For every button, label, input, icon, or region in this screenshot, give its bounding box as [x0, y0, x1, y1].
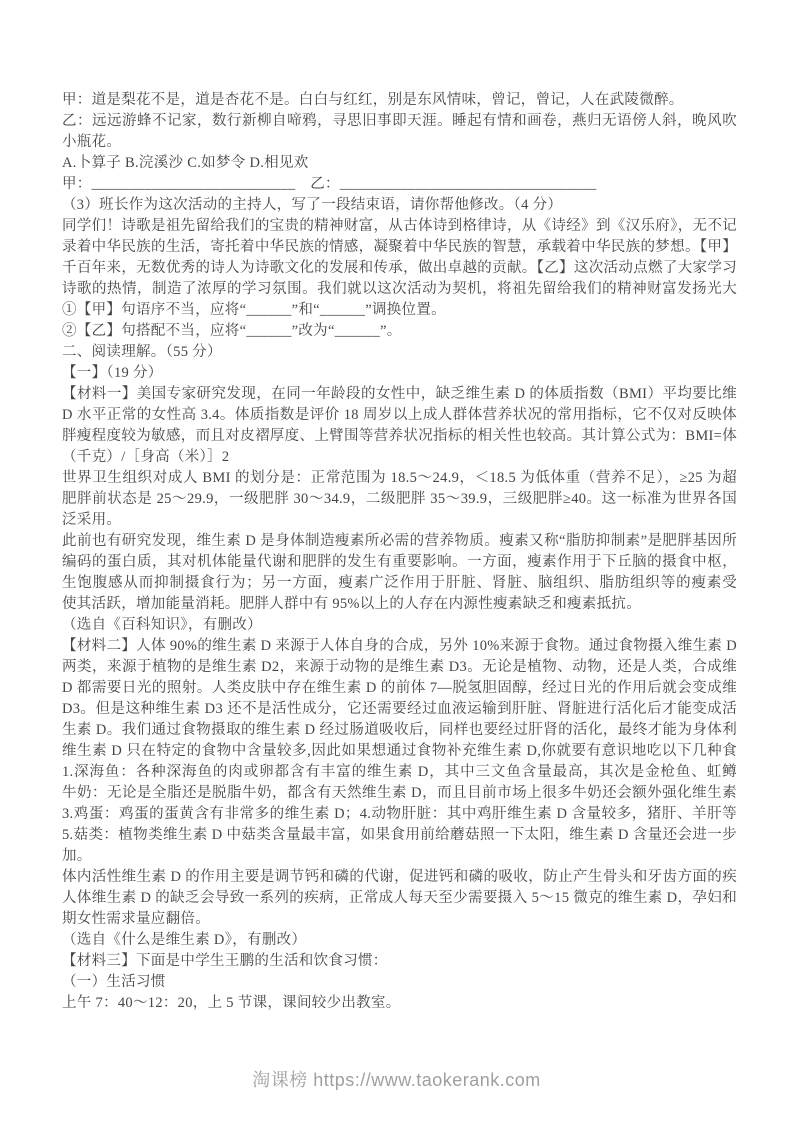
- material-2-source: （选自《什么是维生素 D》，有删改）: [62, 930, 737, 951]
- material-2-line-3: D 都需要日光的照射。人类皮肤中存在维生素 D 的前体 7—脱氢胆固醇，经过日光…: [62, 678, 737, 699]
- material-1-line-9: 编码的蛋白质，其对机体能量代谢和肥胖的发生有重要影响。一方面，瘦素作用于下丘脑的…: [62, 552, 737, 573]
- closing-speech-line-1: 同学们！诗歌是祖先留给我们的宝贵的精神财富，从古体诗到格律诗，从《诗经》到《汉乐…: [62, 216, 737, 237]
- material-1-line-2: D 水平正常的女性高 3.4。体质指数是评价 18 周岁以上成人群体营养状况的常…: [62, 405, 737, 426]
- material-1-line-7: 泛采用。: [62, 510, 737, 531]
- life-habits-line-1: 上午 7：40～12：20，上 5 节课，课间较少出教室。: [62, 993, 737, 1014]
- food-list-line-2: 牛奶：无论是全脂还是脱脂牛奶，都含有天然维生素 D，而且目前市场上很多牛奶还会额…: [62, 783, 737, 804]
- closing-speech-line-2: 录着中华民族的生活，寄托着中华民族的情感，凝聚着中华民族的智慧，承载着中华民族的…: [62, 237, 737, 258]
- material-1-line-5: 世界卫生组织对成人 BMI 的划分是：正常范围为 18.5～24.9，＜18.5…: [62, 468, 737, 489]
- material-1-line-11: 使其活跃，增加能量消耗。肥胖人群中有 95%以上的人存在内源性瘦素缺乏和瘦素抵抗…: [62, 594, 737, 615]
- material-2-line-4: D3。但是这种维生素 D3 还不是活性成分，它还需要经过血液运输到肝脏、肾脏进行…: [62, 699, 737, 720]
- material-1-line-8: 此前也有研究发现，维生素 D 是身体制造瘦素所必需的营养物质。瘦素又称“脂肪抑制…: [62, 531, 737, 552]
- material-2-line-6: 维生素 D 只在特定的食物中含量较多,因此如果想通过食物补充维生素 D,你就要有…: [62, 741, 737, 762]
- exam-body: 甲：道是梨花不是，道是杏花不是。白白与红红，别是东风情味，曾记，曾记，人在武陵微…: [62, 90, 737, 1014]
- food-list-line-4: 5.菇类：植物类维生素 D 中菇类含量最丰富，如果食用前给蘑菇照一下太阳，维生素…: [62, 825, 737, 846]
- closing-speech-line-4: 诗歌的热情，制造了浓厚的学习氛围。我们就以这次活动为契机，将祖先留给我们的精神财…: [62, 279, 737, 300]
- closing-speech-line-3: 千百年来，无数优秀的诗人为诗歌文化的发展和传承，做出卓越的贡献。【乙】这次活动点…: [62, 258, 737, 279]
- sub-question-1: ①【甲】句语序不当，应将“______”和“______”调换位置。: [62, 300, 737, 321]
- material-1-line-1: 【材料一】美国专家研究发现，在同一年龄段的女性中，缺乏维生素 D 的体质指数（B…: [62, 384, 737, 405]
- passage-one-heading: 【一】（19 分）: [62, 363, 737, 384]
- footer-watermark: 淘课榜 https://www.taokerank.com: [0, 1066, 793, 1092]
- material-2-line-5: 生素 D。我们通过食物摄取的维生素 D 经过肠道吸收后，同样也要经过肝肾的活化，…: [62, 720, 737, 741]
- food-list-line-1: 1.深海鱼：各种深海鱼的肉或卵都含有丰富的维生素 D，其中三文鱼含量最高，其次是…: [62, 762, 737, 783]
- food-list-line-5: 加。: [62, 846, 737, 867]
- material-3-heading: 【材料三】下面是中学生王鹏的生活和饮食习惯：: [62, 951, 737, 972]
- material-2-line-1: 【材料二】人体 90%的维生素 D 来源于人体自身的合成，另外 10%来源于食物…: [62, 636, 737, 657]
- food-list-line-3: 3.鸡蛋：鸡蛋的蛋黄含有非常多的维生素 D；4.动物肝脏：其中鸡肝维生素 D 含…: [62, 804, 737, 825]
- material-1-line-3: 胖瘦程度较为敏感，而且对皮褶厚度、上臂围等营养状况指标的相关性也较高。其计算公式…: [62, 426, 737, 447]
- material-1-line-10: 生饱腹感从而抑制摄食行为；另一方面，瘦素广泛作用于肝脏、肾脏、脑组织、脂肪组织等…: [62, 573, 737, 594]
- bmi-formula-line: （千克）/［身高（米）］2: [62, 447, 737, 468]
- poem-line-yi: 乙：远远游蜂不记家，数行新柳自啼鸦，寻思旧事即天涯。睡起有情和画卷，燕归无语傍人…: [62, 111, 737, 132]
- life-habits-heading: （一）生活习惯: [62, 972, 737, 993]
- poem-line-yi-cont: 小瓶花。: [62, 132, 737, 153]
- material-1-line-6: 肥胖前状态是 25～29.9，一级肥胖 30～34.9，二级肥胖 35～39.9…: [62, 489, 737, 510]
- exam-paper-page: 甲：道是梨花不是，道是杏花不是。白白与红红，别是东风情味，曾记，曾记，人在武陵微…: [0, 0, 793, 1122]
- choice-options-line: A.卜算子 B.浣溪沙 C.如梦令 D.相见欢: [62, 153, 737, 174]
- material-2-line-14: 期女性需求量应翻倍。: [62, 909, 737, 930]
- section-heading-reading: 二、阅读理解。（55 分）: [62, 342, 737, 363]
- answer-blank-line: 甲：___________________________ 乙：________…: [62, 174, 737, 195]
- material-1-source: （选自《百科知识》，有删改）: [62, 615, 737, 636]
- sub-question-2: ②【乙】句搭配不当，应将“______”改为“______”。: [62, 321, 737, 342]
- material-2-line-12: 体内活性维生素 D 的作用主要是调节钙和磷的代谢，促进钙和磷的吸收，防止产生骨头…: [62, 867, 737, 888]
- question-3-prompt: （3）班长作为这次活动的主持人，写了一段结束语，请你帮他修改。（4 分）: [62, 195, 737, 216]
- material-2-line-13: 人体维生素 D 的缺乏会导致一系列的疾病，正常成人每天至少需要摄入 5～15 微…: [62, 888, 737, 909]
- poem-line-jia: 甲：道是梨花不是，道是杏花不是。白白与红红，别是东风情味，曾记，曾记，人在武陵微…: [62, 90, 737, 111]
- material-2-line-2: 两类，来源于植物的是维生素 D2，来源于动物的是维生素 D3。无论是植物、动物，…: [62, 657, 737, 678]
